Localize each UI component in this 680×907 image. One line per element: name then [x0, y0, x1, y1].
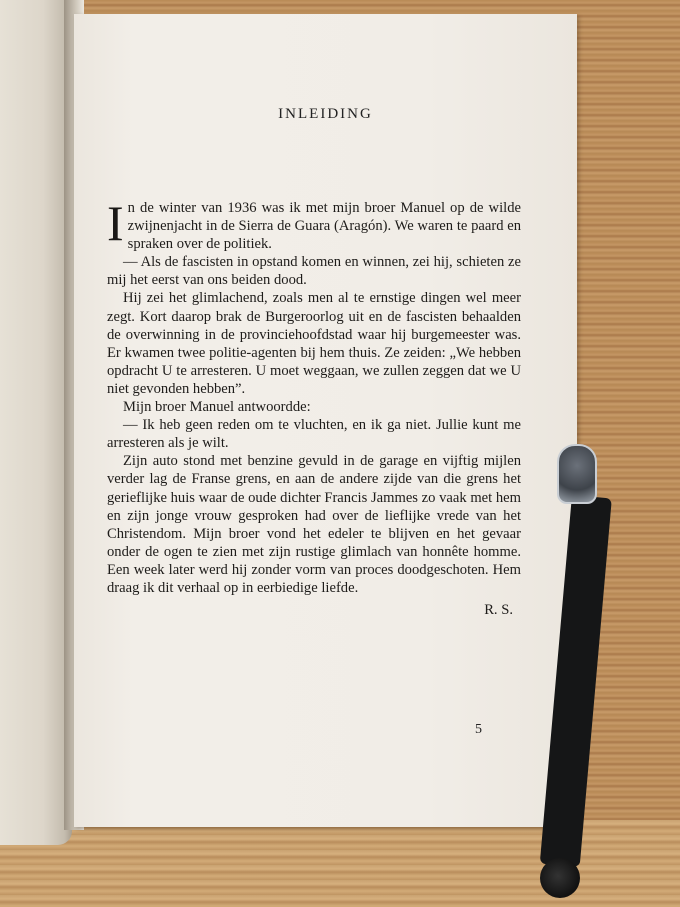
- book-page: INLEIDING In de winter van 1936 was ik m…: [74, 14, 577, 827]
- paragraph-3: Hij zei het glimlachend, zoals men al te…: [107, 289, 521, 398]
- signature: R. S.: [107, 601, 521, 619]
- drop-cap: I: [107, 201, 124, 245]
- body-text: In de winter van 1936 was ik met mijn br…: [107, 199, 521, 619]
- paragraph-1: In de winter van 1936 was ik met mijn br…: [107, 199, 521, 253]
- left-page-edge: [0, 0, 72, 845]
- paragraph-2: — Als de fascisten in opstand komen en w…: [107, 253, 521, 289]
- paragraph-4: Mijn broer Manuel antwoordde:: [107, 398, 521, 416]
- chapter-title: INLEIDING: [74, 106, 577, 123]
- bookmark-end: [540, 858, 580, 898]
- paragraph-5: — Ik heb geen reden om te vluchten, en i…: [107, 416, 521, 452]
- page-number: 5: [475, 722, 482, 738]
- paragraph-6: Zijn auto stond met benzine gevuld in de…: [107, 452, 521, 597]
- bookmark-clip: [557, 444, 597, 504]
